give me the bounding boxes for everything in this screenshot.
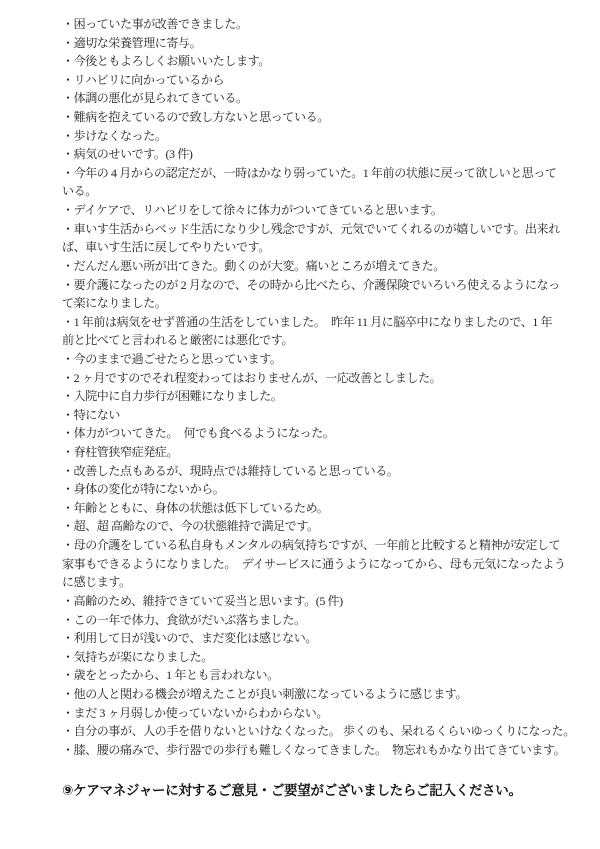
comment-line: ・他の人と関わる機会が増えたことが良い刺激になっているように感じます。 [62,685,552,704]
comment-line: ば、車いす生活に戻してやりたいです。 [62,238,552,257]
comment-line: ・1 年前は病気をせず普通の生活をしていました。 昨年 11 月に脳卒中になりま… [62,313,552,332]
comment-line: ・2 ヶ月ですのでそれ程変わってはおりませんが、一応改善としました。 [62,369,552,388]
comment-line: ・だんだん悪い所が出てきた。動くのが大変。痛いところが増えてきた。 [62,257,552,276]
comment-item: ・体調の悪化が見られてきている。 [62,89,552,108]
comment-line: ・利用して日が浅いので、まだ変化は感じない。 [62,629,552,648]
comment-line: 前と比べてと言われると厳密には悪化です。 [62,331,552,350]
comment-line: ・まだ 3 ヶ月弱しか使っていないからわからない。 [62,704,552,723]
comment-line: ・年齢とともに、身体の状態は低下しているため。 [62,499,552,518]
comment-item: ・歩けなくなった。 [62,127,552,146]
comment-line: ・今のままで過ごせたらと思っています。 [62,350,552,369]
comment-line: ・病気のせいです。(3 件) [62,145,552,164]
comment-item: ・母の介護をしている私自身もメンタルの病気持ちですが、一年前と比較すると精神が安… [62,536,552,592]
comment-line: ・今後ともよろしくお願いいたします。 [62,52,552,71]
comment-line: ・高齢のため、維持できていて妥当と思います。(5 件) [62,592,552,611]
comment-line: ・難病を抱えているので致し方ないと思っている。 [62,108,552,127]
comment-item: ・適切な栄養管理に寄与。 [62,34,552,53]
comment-item: ・体力がついてきた。 何でも食べるようになった。 [62,424,552,443]
comment-line: ・入院中に自力歩行が困難になりました。 [62,387,552,406]
comment-line: ・体力がついてきた。 何でも食べるようになった。 [62,424,552,443]
comment-item: ・だんだん悪い所が出てきた。動くのが大変。痛いところが増えてきた。 [62,257,552,276]
comment-item: ・リハビリに向かっているから [62,71,552,90]
comment-item: ・気持ちが楽になりました。 [62,648,552,667]
comment-item: ・この一年で体力、食欲がだいぶ落ちました。 [62,611,552,630]
comment-line: いる。 [62,182,552,201]
comment-line: ・特にない [62,406,552,425]
comment-item: ・超、超 高齢なので、今の状態維持で満足です。 [62,517,552,536]
comment-line: ・体調の悪化が見られてきている。 [62,89,552,108]
comment-item: ・車いす生活からベッド生活になり少し残念ですが、元気でいてくれるのが嬉しいです。… [62,220,552,257]
comment-line: て楽になりました。 [62,294,552,313]
comments-list: ・困っていた事が改善できました。・適切な栄養管理に寄与。・今後ともよろしくお願い… [62,15,552,759]
comment-item: ・特にない [62,406,552,425]
comment-item: ・他の人と関わる機会が増えたことが良い刺激になっているように感じます。 [62,685,552,704]
comment-line: ・デイケアで、リハビリをして徐々に体力がついてきていると思います。 [62,201,552,220]
comment-line: ・適切な栄養管理に寄与。 [62,34,552,53]
comment-item: ・今のままで過ごせたらと思っています。 [62,350,552,369]
comment-item: ・膝、腰の痛みで、歩行器での歩行も難しくなってきました。 物忘れもかなり出てきて… [62,741,552,760]
comment-line: ・脊柱管狭窄症発症。 [62,443,552,462]
comment-item: ・今年の 4 月からの認定だが、一時はかなり弱っていた。1 年前の状態に戻って欲… [62,164,552,201]
comment-item: ・デイケアで、リハビリをして徐々に体力がついてきていると思います。 [62,201,552,220]
comment-line: ・リハビリに向かっているから [62,71,552,90]
comment-line: ・身体の変化が特にないから。 [62,480,552,499]
comment-item: ・1 年前は病気をせず普通の生活をしていました。 昨年 11 月に脳卒中になりま… [62,313,552,350]
comment-item: ・要介護になったのが 2 月なので、その時から比べたら、介護保険でいろいろ使える… [62,276,552,313]
comment-item: ・まだ 3 ヶ月弱しか使っていないからわからない。 [62,704,552,723]
comment-line: ・車いす生活からベッド生活になり少し残念ですが、元気でいてくれるのが嬉しいです。… [62,220,552,239]
section-9-heading: ⑨ケアマネジャーに対するご意見・ご要望がございましたらご記入ください。 [62,779,522,799]
comment-line: 家事もできるようになりました。 デイサービスに通うようになってから、母も元気にな… [62,555,552,574]
comment-line: ・歩けなくなった。 [62,127,552,146]
comment-item: ・高齢のため、維持できていて妥当と思います。(5 件) [62,592,552,611]
comment-line: ・今年の 4 月からの認定だが、一時はかなり弱っていた。1 年前の状態に戻って欲… [62,164,552,183]
document-page: ・困っていた事が改善できました。・適切な栄養管理に寄与。・今後ともよろしくお願い… [0,0,600,849]
comment-item: ・病気のせいです。(3 件) [62,145,552,164]
comment-line: ・母の介護をしている私自身もメンタルの病気持ちですが、一年前と比較すると精神が安… [62,536,552,555]
comment-item: ・難病を抱えているので致し方ないと思っている。 [62,108,552,127]
comment-item: ・今後ともよろしくお願いいたします。 [62,52,552,71]
comment-line: に感じます。 [62,573,552,592]
comment-line: ・気持ちが楽になりました。 [62,648,552,667]
comment-item: ・改善した点もあるが、現時点では維持していると思っている。 [62,462,552,481]
comment-line: ・この一年で体力、食欲がだいぶ落ちました。 [62,611,552,630]
comment-item: ・歳をとったから、1 年とも言われない。 [62,666,552,685]
comment-line: ・膝、腰の痛みで、歩行器での歩行も難しくなってきました。 物忘れもかなり出てきて… [62,741,552,760]
comment-line: ・自分の事が、人の手を借りないといけなくなった。 歩くのも、呆れるくらいゆっくり… [62,722,552,741]
comment-line: ・困っていた事が改善できました。 [62,15,552,34]
comment-line: ・要介護になったのが 2 月なので、その時から比べたら、介護保険でいろいろ使える… [62,276,552,295]
comment-line: ・歳をとったから、1 年とも言われない。 [62,666,552,685]
comment-item: ・身体の変化が特にないから。 [62,480,552,499]
comment-item: ・利用して日が浅いので、まだ変化は感じない。 [62,629,552,648]
comment-item: ・入院中に自力歩行が困難になりました。 [62,387,552,406]
comment-item: ・困っていた事が改善できました。 [62,15,552,34]
comment-item: ・脊柱管狭窄症発症。 [62,443,552,462]
comment-line: ・改善した点もあるが、現時点では維持していると思っている。 [62,462,552,481]
comment-item: ・自分の事が、人の手を借りないといけなくなった。 歩くのも、呆れるくらいゆっくり… [62,722,552,741]
comment-item: ・2 ヶ月ですのでそれ程変わってはおりませんが、一応改善としました。 [62,369,552,388]
comment-line: ・超、超 高齢なので、今の状態維持で満足です。 [62,517,552,536]
comment-item: ・年齢とともに、身体の状態は低下しているため。 [62,499,552,518]
